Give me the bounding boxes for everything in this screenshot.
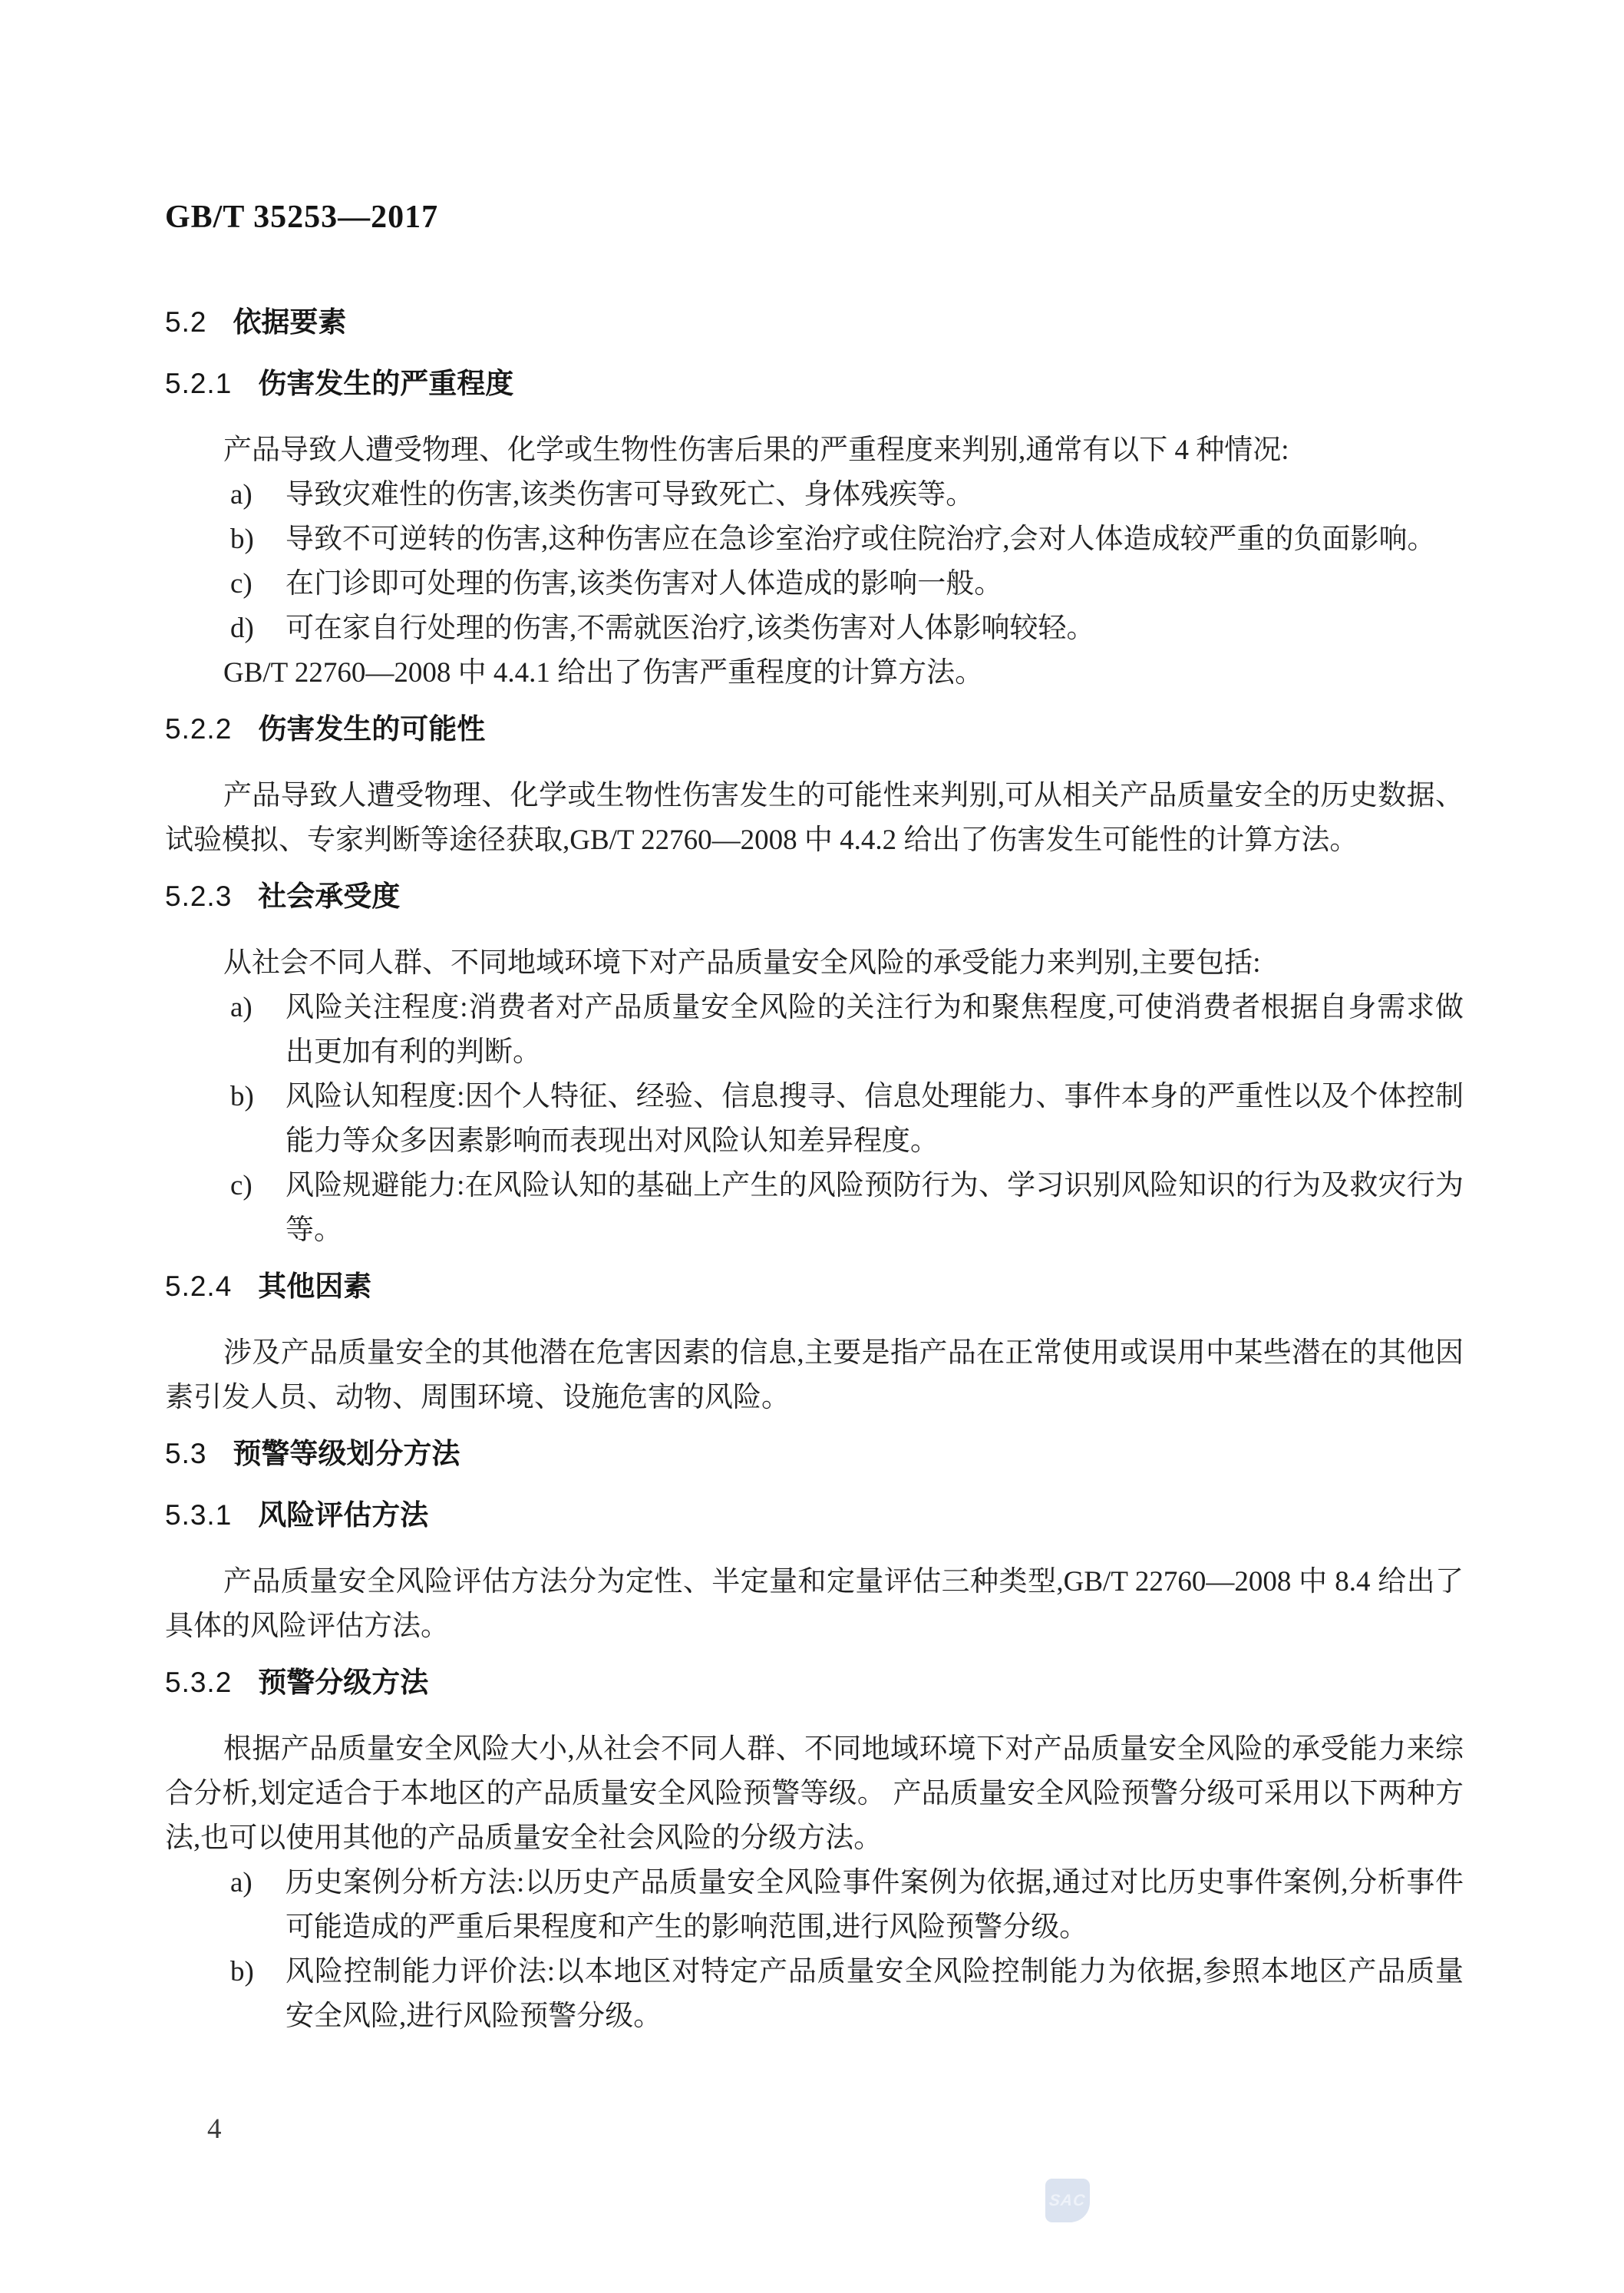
list-item: a)导致灾难性的伤害,该类伤害可导致死亡、身体残疾等。 xyxy=(165,473,1464,517)
paragraph-5-2-1-intro: 产品导致人遭受物理、化学或生物性伤害后果的严重程度来判别,通常有以下 4 种情况… xyxy=(165,428,1464,473)
section-title: 风险评估方法 xyxy=(258,1499,428,1531)
paragraph-5-3-1: 产品质量安全风险评估方法分为定性、半定量和定量评估三种类型,GB/T 22760… xyxy=(165,1560,1464,1649)
list-item-text: 风险认知程度:因个人特征、经验、信息搜寻、信息处理能力、事件本身的严重性以及个体… xyxy=(286,1081,1464,1157)
section-number: 5.3.1 xyxy=(165,1499,232,1531)
section-heading-5-2-3: 5.2.3社会承受度 xyxy=(165,880,1464,914)
paragraph-5-2-3-intro: 从社会不同人群、不同地域环境下对产品质量安全风险的承受能力来判别,主要包括: xyxy=(165,941,1464,986)
sac-watermark-logo: SAC xyxy=(1045,2179,1090,2222)
section-heading-5-3: 5.3预警等级划分方法 xyxy=(165,1437,1464,1471)
list-marker: b) xyxy=(230,1950,254,1994)
list-item-text: 历史案例分析方法:以历史产品质量安全风险事件案例为依据,通过对比历史事件案例,分… xyxy=(286,1867,1464,1943)
section-title: 伤害发生的严重程度 xyxy=(258,368,513,399)
list-marker: b) xyxy=(230,517,254,562)
list-item: a)历史案例分析方法:以历史产品质量安全风险事件案例为依据,通过对比历史事件案例… xyxy=(165,1861,1464,1950)
list-item-text: 风险控制能力评价法:以本地区对特定产品质量安全风险控制能力为依据,参照本地区产品… xyxy=(286,1956,1464,2032)
list-marker: a) xyxy=(230,1861,253,1905)
section-title: 伤害发生的可能性 xyxy=(258,713,485,745)
section-heading-5-3-1: 5.3.1风险评估方法 xyxy=(165,1498,1464,1532)
section-number: 5.3.2 xyxy=(165,1667,232,1698)
list-item: d)可在家自行处理的伤害,不需就医治疗,该类伤害对人体影响较轻。 xyxy=(165,606,1464,651)
section-heading-5-2-2: 5.2.2伤害发生的可能性 xyxy=(165,712,1464,746)
paragraph-5-2-1-reference: GB/T 22760—2008 中 4.4.1 给出了伤害严重程度的计算方法。 xyxy=(165,651,1464,695)
section-number: 5.2.2 xyxy=(165,713,232,745)
list-marker: c) xyxy=(230,1164,253,1208)
list-item-text: 风险关注程度:消费者对产品质量安全风险的关注行为和聚焦程度,可使消费者根据自身需… xyxy=(286,992,1464,1068)
section-number: 5.2 xyxy=(165,306,206,338)
section-number: 5.2.3 xyxy=(165,881,232,912)
section-title: 预警分级方法 xyxy=(258,1667,428,1698)
list-item: b)风险认知程度:因个人特征、经验、信息搜寻、信息处理能力、事件本身的严重性以及… xyxy=(165,1075,1464,1164)
list-item-text: 导致不可逆转的伤害,这种伤害应在急诊室治疗或住院治疗,会对人体造成较严重的负面影… xyxy=(286,524,1436,555)
list-item: b)风险控制能力评价法:以本地区对特定产品质量安全风险控制能力为依据,参照本地区… xyxy=(165,1950,1464,2039)
section-heading-5-2-1: 5.2.1伤害发生的严重程度 xyxy=(165,367,1464,401)
section-heading-5-2-4: 5.2.4其他因素 xyxy=(165,1270,1464,1303)
page-number: 4 xyxy=(207,2113,222,2146)
list-item: c)在门诊即可处理的伤害,该类伤害对人体造成的影响一般。 xyxy=(165,562,1464,606)
list-item-text: 在门诊即可处理的伤害,该类伤害对人体造成的影响一般。 xyxy=(286,568,1002,600)
list-item-text: 风险规避能力:在风险认知的基础上产生的风险预防行为、学习识别风险知识的行为及救灾… xyxy=(286,1170,1464,1246)
list-marker: c) xyxy=(230,562,253,606)
paragraph-5-2-4: 涉及产品质量安全的其他潜在危害因素的信息,主要是指产品在正常使用或误用中某些潜在… xyxy=(165,1331,1464,1420)
list-item: a)风险关注程度:消费者对产品质量安全风险的关注行为和聚焦程度,可使消费者根据自… xyxy=(165,986,1464,1075)
section-number: 5.2.1 xyxy=(165,368,232,399)
list-item-text: 导致灾难性的伤害,该类伤害可导致死亡、身体残疾等。 xyxy=(286,479,974,510)
section-heading-5-3-2: 5.3.2预警分级方法 xyxy=(165,1666,1464,1700)
section-number: 5.2.4 xyxy=(165,1270,232,1302)
list-item: b)导致不可逆转的伤害,这种伤害应在急诊室治疗或住院治疗,会对人体造成较严重的负… xyxy=(165,517,1464,562)
list-marker: d) xyxy=(230,606,254,651)
list-marker: a) xyxy=(230,986,253,1030)
document-page: GB/T 35253—2017 5.2依据要素 5.2.1伤害发生的严重程度 产… xyxy=(0,0,1624,2293)
section-title: 其他因素 xyxy=(258,1270,371,1302)
list-item: c)风险规避能力:在风险认知的基础上产生的风险预防行为、学习识别风险知识的行为及… xyxy=(165,1164,1464,1253)
section-title: 社会承受度 xyxy=(258,881,400,912)
paragraph-5-3-2: 根据产品质量安全风险大小,从社会不同人群、不同地域环境下对产品质量安全风险的承受… xyxy=(165,1727,1464,1861)
list-marker: a) xyxy=(230,473,253,517)
section-heading-5-2: 5.2依据要素 xyxy=(165,306,1464,339)
page-content: GB/T 35253—2017 5.2依据要素 5.2.1伤害发生的严重程度 产… xyxy=(165,0,1464,2039)
list-marker: b) xyxy=(230,1075,254,1119)
paragraph-5-2-2: 产品导致人遭受物理、化学或生物性伤害发生的可能性来判别,可从相关产品质量安全的历… xyxy=(165,774,1464,863)
section-title: 依据要素 xyxy=(233,306,346,338)
standard-code-header: GB/T 35253—2017 xyxy=(165,0,1464,235)
sac-logo-text: SAC xyxy=(1048,2192,1087,2210)
section-title: 预警等级划分方法 xyxy=(233,1438,460,1469)
list-item-text: 可在家自行处理的伤害,不需就医治疗,该类伤害对人体影响较轻。 xyxy=(286,613,1095,644)
section-number: 5.3 xyxy=(165,1438,206,1469)
